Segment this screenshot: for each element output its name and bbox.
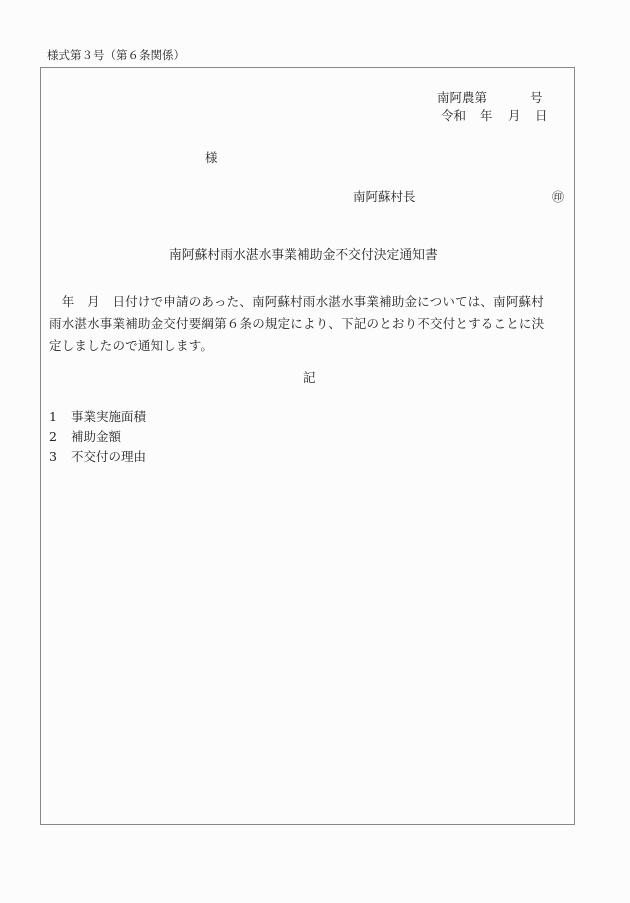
- ki-heading: 記: [303, 372, 316, 385]
- item-label: 補助金額: [71, 429, 121, 444]
- list-item: 1事業実施面積: [49, 411, 146, 424]
- doc-number-suffix: 号: [530, 92, 543, 105]
- document-frame: [40, 67, 575, 825]
- date-year-label: 年: [480, 110, 493, 123]
- list-item: 3不交付の理由: [49, 451, 146, 464]
- item-label: 不交付の理由: [71, 449, 146, 464]
- body-line-1: 年 月 日付けで申請のあった、南阿蘇村雨水湛水事業補助金については、南阿蘇村: [49, 291, 571, 313]
- item-number: 2: [49, 431, 71, 444]
- body-line-2: 雨水湛水事業補助金交付要綱第６条の規定により、下記のとおり不交付とすることに決: [49, 313, 571, 335]
- document-title: 南阿蘇村雨水湛水事業補助金不交付決定通知書: [169, 250, 438, 263]
- doc-number-prefix: 南阿農第: [437, 92, 487, 105]
- item-label: 事業実施面積: [71, 409, 146, 424]
- sender-title: 南阿蘇村長: [353, 191, 416, 204]
- item-number: 1: [49, 411, 71, 424]
- seal-icon: ㊞: [552, 191, 564, 203]
- item-number: 3: [49, 451, 71, 464]
- body-line-3: 定しましたので通知します。: [49, 335, 571, 357]
- body-paragraph: 年 月 日付けで申請のあった、南阿蘇村雨水湛水事業補助金については、南阿蘇村 雨…: [49, 291, 571, 357]
- date-month-label: 月: [508, 110, 521, 123]
- date-era: 令和: [441, 110, 466, 123]
- recipient-honorific: 様: [205, 152, 218, 165]
- list-item: 2補助金額: [49, 431, 121, 444]
- date-day-label: 日: [535, 110, 548, 123]
- form-label: 様式第３号（第６条関係）: [47, 50, 185, 62]
